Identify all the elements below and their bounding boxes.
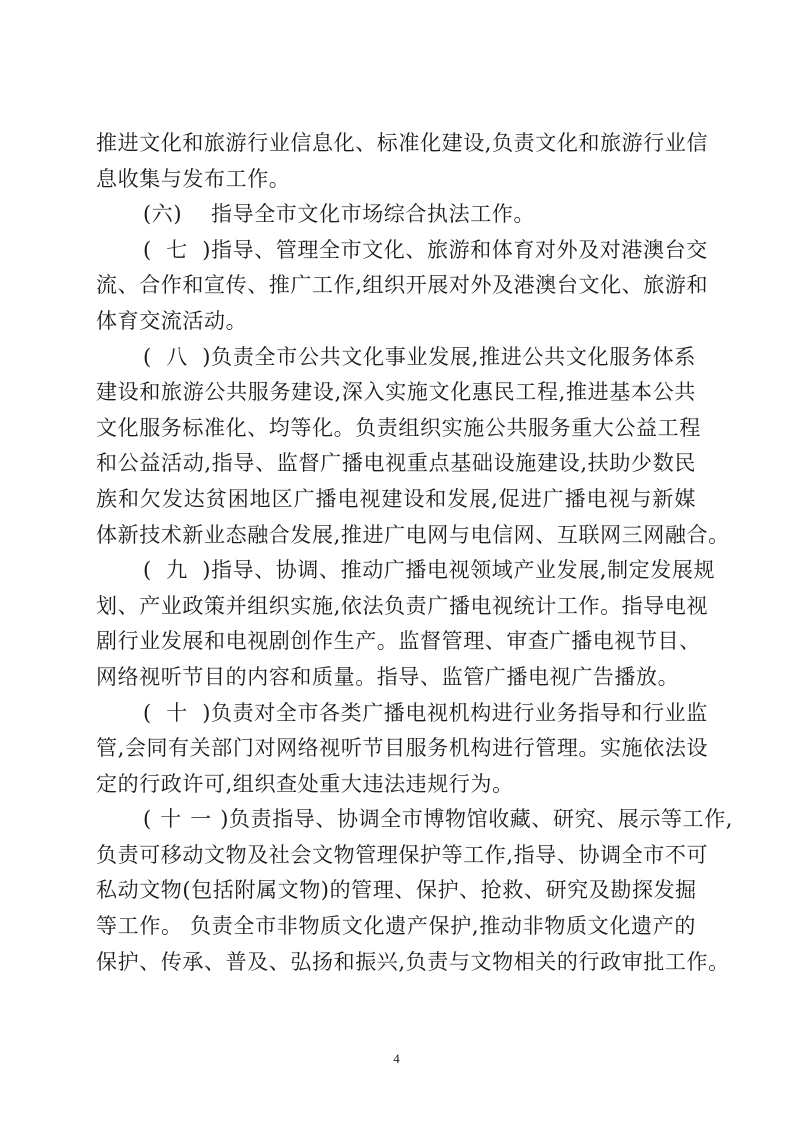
line-text: 流、合作和宣传、推广工作,组织开展对外及港澳台文化、旅游和 (96, 273, 708, 297)
text-line: 推进文化和旅游行业信息化、标准化建设,负责文化和旅游行业信 (96, 126, 696, 162)
line-text: 负责对全市各类广播电视机构进行业务指导和行业监 (211, 701, 708, 725)
line-text: 等工作。 负责全市非物质文化遗产保护,推动非物质文化遗产的 (96, 914, 696, 938)
line-text: 文化服务标准化、均等化。负责组织实施公共服务重大公益工程 (96, 416, 701, 440)
line-text: 息收集与发布工作。 (96, 167, 290, 191)
text-line: 保护、传承、普及、弘扬和振兴,负责与文物相关的行政审批工作。 (96, 945, 696, 981)
text-line: 负责可移动文物及社会文物管理保护等工作,指导、协调全市不可 (96, 838, 696, 874)
line-text: 推进文化和旅游行业信息化、标准化建设,负责文化和旅游行业信 (96, 131, 708, 155)
item-number: (十) (143, 696, 211, 732)
text-line: 剧行业发展和电视剧创作生产。监督管理、审查广播电视节目、 (96, 624, 696, 660)
text-line: 体新技术新业态融合发展,推进广电网与电信网、互联网三网融合。 (96, 518, 696, 554)
text-line: 和公益活动,指导、监督广播电视重点基础设施建设,扶助少数民 (96, 446, 696, 482)
text-line: 族和欠发达贫困地区广播电视建设和发展,促进广播电视与新媒 (96, 482, 696, 518)
document-page: 推进文化和旅游行业信息化、标准化建设,负责文化和旅游行业信息收集与发布工作。(六… (0, 0, 793, 1122)
text-line: 建设和旅游公共服务建设,深入实施文化惠民工程,推进基本公共 (96, 375, 696, 411)
item-number: (八) (143, 340, 211, 376)
list-item-heading-line: (六)指导全市文化市场综合执法工作。 (96, 197, 696, 233)
line-text: 建设和旅游公共服务建设,深入实施文化惠民工程,推进基本公共 (96, 380, 696, 404)
line-text: 体育交流活动。 (96, 309, 247, 333)
text-line: 定的行政许可,组织查处重大违法违规行为。 (96, 767, 696, 803)
text-line: 文化服务标准化、均等化。负责组织实施公共服务重大公益工程 (96, 411, 696, 447)
item-number: (六) (143, 197, 211, 233)
line-text: 定的行政许可,组织查处重大违法违规行为。 (96, 772, 514, 796)
text-line: 管,会同有关部门对网络视听节目服务机构进行管理。实施依法设 (96, 731, 696, 767)
line-text: 负责指导、协调全市博物馆收藏、研究、展示等工作, (229, 807, 733, 831)
list-item-heading-line: (八)负责全市公共文化事业发展,推进公共文化服务体系 (96, 340, 696, 376)
line-text: 和公益活动,指导、监督广播电视重点基础设施建设,扶助少数民 (96, 451, 696, 475)
text-line: 划、产业政策并组织实施,依法负责广播电视统计工作。指导电视 (96, 589, 696, 625)
line-text: 体新技术新业态融合发展,推进广电网与电信网、互联网三网融合。 (96, 523, 730, 547)
line-text: 剧行业发展和电视剧创作生产。监督管理、审查广播电视节目、 (96, 629, 701, 653)
text-line: 等工作。 负责全市非物质文化遗产保护,推动非物质文化遗产的 (96, 909, 696, 945)
line-text: 保护、传承、普及、弘扬和振兴,负责与文物相关的行政审批工作。 (96, 950, 730, 974)
item-number: (九) (143, 553, 211, 589)
line-text: 私动文物(包括附属文物)的管理、保护、抢救、研究及勘探发掘 (96, 878, 697, 902)
line-text: 负责全市公共文化事业发展,推进公共文化服务体系 (211, 345, 696, 369)
line-text: 指导、协调、推动广播电视领域产业发展,制定发展规 (211, 558, 715, 582)
text-line: 私动文物(包括附属文物)的管理、保护、抢救、研究及勘探发掘 (96, 873, 696, 909)
list-item-heading-line: (七)指导、管理全市文化、旅游和体育对外及对港澳台交 (96, 233, 696, 269)
text-line: 体育交流活动。 (96, 304, 696, 340)
list-item-heading-line: (九)指导、协调、推动广播电视领域产业发展,制定发展规 (96, 553, 696, 589)
text-line: 流、合作和宣传、推广工作,组织开展对外及港澳台文化、旅游和 (96, 268, 696, 304)
item-number: (七) (143, 233, 211, 269)
text-line: 息收集与发布工作。 (96, 162, 696, 198)
page-number: 4 (0, 1051, 793, 1067)
line-text: 负责可移动文物及社会文物管理保护等工作,指导、协调全市不可 (96, 843, 708, 867)
item-number: (十一) (143, 802, 229, 838)
line-text: 指导全市文化市场综合执法工作。 (211, 202, 535, 226)
body-text: 推进文化和旅游行业信息化、标准化建设,负责文化和旅游行业信息收集与发布工作。(六… (96, 126, 696, 980)
line-text: 划、产业政策并组织实施,依法负责广播电视统计工作。指导电视 (96, 594, 708, 618)
list-item-heading-line: (十)负责对全市各类广播电视机构进行业务指导和行业监 (96, 696, 696, 732)
line-text: 指导、管理全市文化、旅游和体育对外及对港澳台交 (211, 238, 708, 262)
list-item-heading-line: (十一)负责指导、协调全市博物馆收藏、研究、展示等工作, (96, 802, 696, 838)
line-text: 网络视听节目的内容和质量。指导、监管广播电视广告播放。 (96, 665, 679, 689)
text-line: 网络视听节目的内容和质量。指导、监管广播电视广告播放。 (96, 660, 696, 696)
line-text: 管,会同有关部门对网络视听节目服务机构进行管理。实施依法设 (96, 736, 708, 760)
line-text: 族和欠发达贫困地区广播电视建设和发展,促进广播电视与新媒 (96, 487, 696, 511)
